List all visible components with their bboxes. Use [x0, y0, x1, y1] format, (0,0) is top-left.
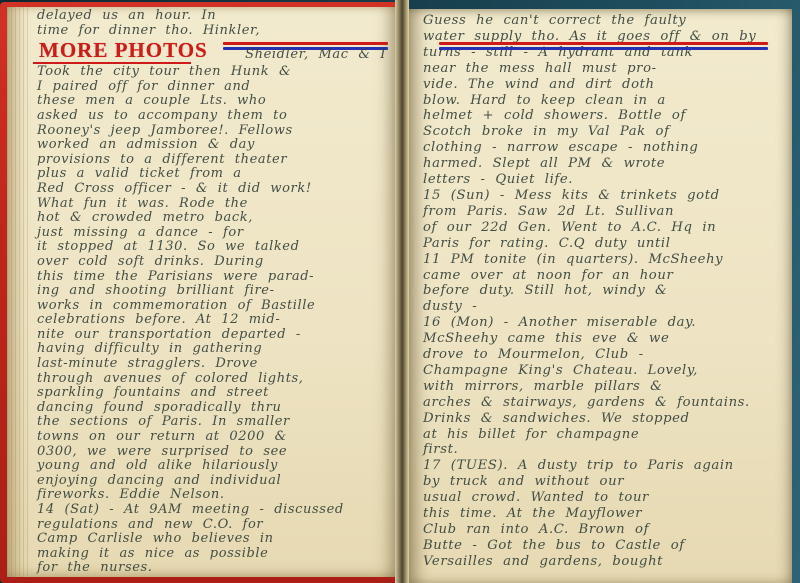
handwriting-line: it stopped at 1130. So we talked: [37, 240, 392, 255]
red-underline: [33, 62, 191, 64]
handwriting-line: at his billet for champagne: [423, 427, 791, 443]
handwriting-line: vide. The wind and dirt doth: [423, 77, 791, 93]
left-page-top-lines: delayed us an hour. Intime for dinner th…: [37, 9, 392, 38]
handwriting-line: plus a valid ticket from a: [37, 167, 392, 182]
handwriting-line: making it as nice as possible: [37, 547, 392, 562]
left-page-text: delayed us an hour. Intime for dinner th…: [37, 9, 392, 576]
handwriting-line: the sections of Paris. In smaller: [37, 415, 392, 430]
handwriting-line: Versailles and gardens, bought: [423, 554, 791, 570]
handwriting-line: dusty -: [423, 299, 791, 315]
more-photos-row: MORE PHOTOS Sheidler, Mac & I: [37, 39, 392, 64]
handwriting-line: arches & stairways, gardens & fountains.: [423, 395, 791, 411]
red-blue-rule: [439, 42, 768, 50]
handwriting-line: clothing - narrow escape - nothing: [423, 140, 791, 156]
diary-page-right: Guess he can't correct the faultywater s…: [409, 9, 792, 583]
handwriting-line: I paired off for dinner and: [37, 80, 392, 95]
handwriting-line: hot & crowded metro back,: [37, 211, 392, 226]
handwriting-line: Took the city tour then Hunk &: [37, 65, 392, 80]
handwriting-line: came over at noon for an hour: [423, 268, 791, 284]
handwriting-line: Rooney's jeep Jamboree!. Fellows: [37, 124, 392, 139]
handwriting-line: last-minute stragglers. Drove: [37, 357, 392, 372]
handwriting-line: harmed. Slept all PM & wrote: [423, 156, 791, 172]
handwriting-line: by truck and without our: [423, 474, 791, 490]
handwriting-line: blow. Hard to keep clean in a: [423, 93, 791, 109]
handwriting-line: 16 (Mon) - Another miserable day.: [423, 315, 791, 331]
handwriting-line: dancing found sporadically thru: [37, 401, 392, 416]
handwriting-line: young and old alike hilariously: [37, 459, 392, 474]
handwriting-line: Guess he can't correct the faulty: [423, 13, 791, 29]
handwriting-line: this time. At the Mayflower: [423, 506, 791, 522]
handwriting-line: over cold soft drinks. During: [37, 255, 392, 270]
handwriting-line: Butte - Got the bus to Castle of: [423, 538, 791, 554]
handwriting-line: towns on our return at 0200 &: [37, 430, 392, 445]
scan-background: delayed us an hour. Intime for dinner th…: [0, 0, 800, 583]
handwriting-line: delayed us an hour. In: [37, 9, 392, 24]
handwriting-line: before duty. Still hot, windy &: [423, 283, 791, 299]
handwriting-line: Drinks & sandwiches. We stopped: [423, 411, 791, 427]
handwriting-line: from Paris. Saw 2d Lt. Sullivan: [423, 204, 791, 220]
handwriting-line: first.: [423, 442, 791, 458]
handwriting-line: through avenues of colored lights,: [37, 372, 392, 387]
handwriting-line: Scotch broke in my Val Pak of: [423, 124, 791, 140]
diary-page-left: delayed us an hour. Intime for dinner th…: [7, 7, 395, 577]
handwriting-line: Camp Carlisle who believes in: [37, 532, 392, 547]
handwriting-line: Paris for rating. C.Q duty until: [423, 236, 791, 252]
handwriting-line: this time the Parisians were parad-: [37, 270, 392, 285]
handwriting-line: 11 PM tonite (in quarters). McSheehy: [423, 252, 791, 268]
handwriting-line: fireworks. Eddie Nelson.: [37, 488, 392, 503]
handwriting-line: ing and shooting brilliant fire-: [37, 284, 392, 299]
handwriting-line: helmet + cold showers. Bottle of: [423, 108, 791, 124]
handwriting-line: regulations and new C.O. for: [37, 518, 392, 533]
handwriting-line: of our 22d Gen. Went to A.C. Hq in: [423, 220, 791, 236]
handwriting-line: just missing a dance - for: [37, 226, 392, 241]
handwriting-line: drove to Mourmelon, Club -: [423, 347, 791, 363]
handwriting-line: worked an admission & day: [37, 138, 392, 153]
handwriting-line: 0300, we were surprised to see: [37, 445, 392, 460]
handwriting-line: having difficulty in gathering: [37, 342, 392, 357]
more-photos-link[interactable]: MORE PHOTOS: [39, 39, 208, 61]
handwriting-line: 15 (Sun) - Mess kits & trinkets gotd: [423, 188, 791, 204]
handwriting-line: usual crowd. Wanted to tour: [423, 490, 791, 506]
handwriting-line: Sheidler, Mac & I: [245, 47, 386, 62]
handwriting-line: asked us to accompany them to: [37, 109, 392, 124]
handwriting-line: with mirrors, marble pillars &: [423, 379, 791, 395]
handwriting-line: letters - Quiet life.: [423, 172, 791, 188]
handwriting-line: 14 (Sat) - At 9AM meeting - discussed: [37, 503, 392, 518]
handwriting-line: celebrations before. At 12 mid-: [37, 313, 392, 328]
handwriting-line: time for dinner tho. Hinkler,: [37, 24, 392, 39]
left-page-body-lines: Took the city tour then Hunk &I paired o…: [37, 65, 392, 576]
blue-rule-bar: [439, 47, 768, 50]
handwriting-line: Red Cross officer - & it did work!: [37, 182, 392, 197]
handwriting-line: nite our transportation departed -: [37, 328, 392, 343]
handwriting-line: What fun it was. Rode the: [37, 197, 392, 212]
handwriting-line: Club ran into A.C. Brown of: [423, 522, 791, 538]
handwriting-line: for the nurses.: [37, 561, 392, 576]
handwriting-line: near the mess hall must pro-: [423, 61, 791, 77]
handwriting-line: works in commemoration of Bastille: [37, 299, 392, 314]
right-page-text: Guess he can't correct the faultywater s…: [423, 13, 791, 570]
book-crease: [395, 0, 409, 583]
handwriting-line: Champagne King's Chateau. Lovely,: [423, 363, 791, 379]
handwriting-line: enjoying dancing and individual: [37, 474, 392, 489]
handwriting-line: provisions to a different theater: [37, 153, 392, 168]
handwriting-line: 17 (TUES). A dusty trip to Paris again: [423, 458, 791, 474]
handwriting-line: McSheehy came this eve & we: [423, 331, 791, 347]
handwriting-line: these men a couple Lts. who: [37, 94, 392, 109]
handwriting-line: sparkling fountains and street: [37, 386, 392, 401]
